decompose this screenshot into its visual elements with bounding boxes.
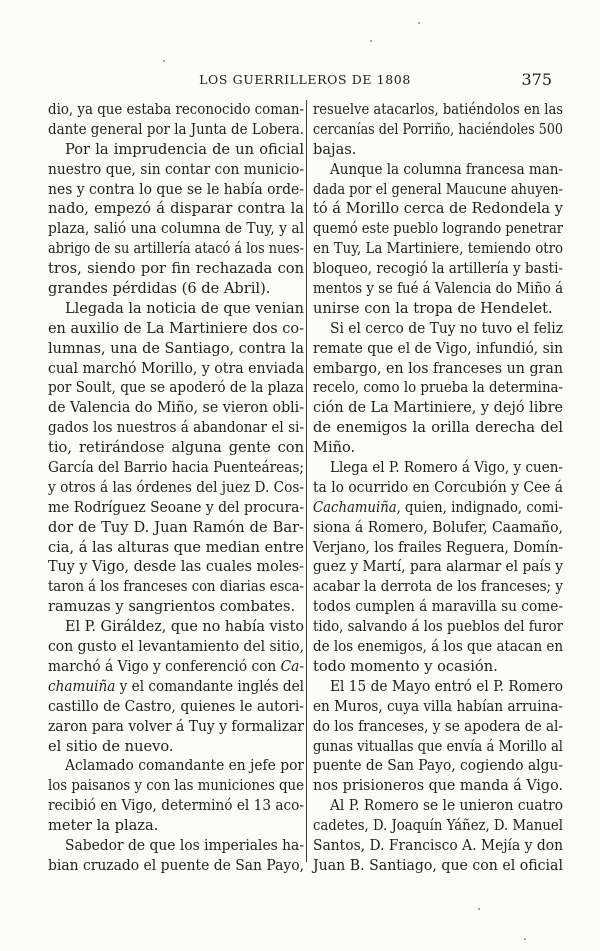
- line-text: remate que el de Vigo, infundió, sin: [313, 340, 563, 357]
- line-text: lumnas, una de Santiago, contra la: [48, 340, 304, 357]
- text-line: Aclamado comandante en jefe por: [48, 756, 304, 776]
- text-line: marchó á Vigo y conferenció con Ca-: [48, 657, 304, 677]
- line-text: y el comandante inglés del: [115, 678, 304, 695]
- text-line: los paisanos y con las municiones que: [48, 776, 304, 796]
- text-line: Verjano, los frailes Reguera, Domín-: [313, 538, 563, 558]
- line-text: en auxilio de La Martiniere dos co-: [48, 320, 304, 337]
- line-text: El 15 de Mayo entró el P. Romero: [330, 678, 563, 695]
- text-line: cia, á las alturas que median entre: [48, 538, 304, 558]
- line-text: unirse con la tropa de Hendelet.: [313, 300, 553, 317]
- line-text: bian cruzado el puente de San Payo,: [48, 857, 304, 874]
- line-text: grandes pérdidas (6 de Abril).: [48, 280, 270, 297]
- text-line: Santos, D. Francisco A. Mejía y don: [313, 836, 563, 856]
- line-text: guez y Martí, para alarmar el país y: [313, 558, 563, 575]
- line-text: ramuzas y sangrientos combates.: [48, 598, 295, 615]
- line-text: mentos y se fué á Valencia do Miño á: [313, 280, 563, 297]
- text-line: dante general por la Junta de Lobera.: [48, 120, 304, 140]
- italic-text: Cachamuiña: [313, 499, 397, 516]
- text-line: Sabedor de que los imperiales ha-: [48, 836, 304, 856]
- text-line: do los franceses, y se apodera de al-: [313, 717, 563, 737]
- line-text: cual marchó Morillo, y otra enviada: [48, 360, 304, 377]
- text-line: de los enemigos, á los que atacan en: [313, 637, 563, 657]
- line-text: gados los nuestros á abandonar el si-: [48, 419, 304, 436]
- line-text: plaza, salió una columna de Tuy, y al: [48, 220, 304, 237]
- page-number: 375: [521, 70, 552, 89]
- text-line: me Rodríguez Seoane y del procura-: [48, 498, 304, 518]
- text-line: por Soult, que se apoderó de la plaza: [48, 378, 304, 398]
- line-text: bajas.: [313, 141, 356, 158]
- text-line: dio, ya que estaba reconocido coman-: [48, 100, 304, 120]
- line-text: gunas vituallas que envía á Morillo al: [313, 738, 563, 755]
- text-line: tó á Morillo cerca de Redondela y: [313, 199, 563, 219]
- line-text: el sitio de nuevo.: [48, 738, 174, 755]
- line-text: Aclamado comandante en jefe por: [65, 757, 304, 774]
- line-text: El P. Giráldez, que no había visto: [65, 618, 304, 635]
- left-column: dio, ya que estaba reconocido coman-dant…: [48, 100, 304, 876]
- text-line: cual marchó Morillo, y otra enviada: [48, 359, 304, 379]
- line-text: siona á Romero, Bolufer, Caamaño,: [313, 519, 563, 536]
- line-text: cia, á las alturas que median entre: [48, 539, 304, 556]
- text-line: ta lo ocurrido en Corcubión y Cee á: [313, 478, 563, 498]
- line-text: taron á los franceses con diarias esca-: [48, 578, 304, 595]
- line-text: Juan B. Santiago, que con el oficial: [313, 857, 563, 874]
- text-line: grandes pérdidas (6 de Abril).: [48, 279, 304, 299]
- line-text: nuestro que, sin contar con municio-: [48, 161, 304, 178]
- text-line: nos prisioneros que manda á Vigo.: [313, 776, 563, 796]
- text-line: Tuy y Vigo, desde las cuales moles-: [48, 557, 304, 577]
- text-line: tio, retirándose alguna gente con: [48, 438, 304, 458]
- text-line: chamuiña y el comandante inglés del: [48, 677, 304, 697]
- line-text: y otros á las órdenes del juez D. Cos-: [48, 479, 304, 496]
- line-text: de enemigos la orilla derecha del: [313, 419, 563, 436]
- line-text: Si el cerco de Tuy no tuvo el feliz: [330, 320, 563, 337]
- text-line: remate que el de Vigo, infundió, sin: [313, 339, 563, 359]
- text-line: el sitio de nuevo.: [48, 737, 304, 757]
- line-text: puente de San Payo, cogiendo algu-: [313, 757, 563, 774]
- line-text: García del Barrio hacia Puenteáreas;: [48, 459, 304, 476]
- line-text: de los enemigos, á los que atacan en: [313, 638, 563, 655]
- text-line: dor de Tuy D. Juan Ramón de Bar-: [48, 518, 304, 538]
- line-text: marchó á Vigo y conferenció con: [48, 658, 281, 675]
- text-line: unirse con la tropa de Hendelet.: [313, 299, 563, 319]
- text-line: en Tuy, La Martiniere, temiendo otro: [313, 239, 563, 259]
- italic-text: chamuiña: [48, 678, 115, 695]
- text-line: Al P. Romero se le unieron cuatro: [313, 796, 563, 816]
- line-text: en Tuy, La Martiniere, temiendo otro: [313, 240, 563, 257]
- text-line: plaza, salió una columna de Tuy, y al: [48, 219, 304, 239]
- text-line: bian cruzado el puente de San Payo,: [48, 856, 304, 876]
- text-line: tido, salvando á los pueblos del furor: [313, 617, 563, 637]
- text-line: Juan B. Santiago, que con el oficial: [313, 856, 563, 876]
- text-line: quemó este pueblo logrando penetrar: [313, 219, 563, 239]
- scan-speck: [524, 938, 526, 940]
- line-text: Miño.: [313, 439, 355, 456]
- text-line: recelo, como lo prueba la determina-: [313, 378, 563, 398]
- line-text: Por la imprudencia de un oficial: [65, 141, 304, 158]
- line-text: por Soult, que se apoderó de la plaza: [48, 379, 304, 396]
- line-text: dor de Tuy D. Juan Ramón de Bar-: [48, 519, 304, 536]
- column-divider: [306, 100, 307, 862]
- text-line: El 15 de Mayo entró el P. Romero: [313, 677, 563, 697]
- line-text: dada por el general Maucune ahuyen-: [313, 181, 563, 198]
- text-line: Cachamuiña, quien, indignado, comi-: [313, 498, 563, 518]
- text-line: García del Barrio hacia Puenteáreas;: [48, 458, 304, 478]
- line-text: quemó este pueblo logrando penetrar: [313, 220, 563, 237]
- line-text: bloqueo, recogió la artillería y basti-: [313, 260, 563, 277]
- text-line: todos cumplen á maravilla su come-: [313, 597, 563, 617]
- text-line: castillo de Castro, quienes le autori-: [48, 697, 304, 717]
- scan-speck: [370, 40, 372, 42]
- text-line: recibió en Vigo, determinó el 13 aco-: [48, 796, 304, 816]
- line-text: zaron para volver á Tuy y formalizar: [48, 718, 304, 735]
- text-line: abrigo de su artillería atacó á los nues…: [48, 239, 304, 259]
- text-line: nes y contra lo que se le había orde-: [48, 180, 304, 200]
- line-text: resuelve atacarlos, batiéndolos en las: [313, 101, 563, 118]
- text-line: siona á Romero, Bolufer, Caamaño,: [313, 518, 563, 538]
- line-text: me Rodríguez Seoane y del procura-: [48, 499, 304, 516]
- line-text: tido, salvando á los pueblos del furor: [313, 618, 563, 635]
- text-line: embargo, en los franceses un gran: [313, 359, 563, 379]
- line-text: tó á Morillo cerca de Redondela y: [313, 200, 563, 217]
- text-line: todo momento y ocasión.: [313, 657, 563, 677]
- line-text: recelo, como lo prueba la determina-: [313, 379, 563, 396]
- line-text: ta lo ocurrido en Corcubión y Cee á: [313, 479, 563, 496]
- text-line: de Valencia do Miño, se vieron obli-: [48, 398, 304, 418]
- text-line: tros, siendo por fin rechazada con: [48, 259, 304, 279]
- text-line: puente de San Payo, cogiendo algu-: [313, 756, 563, 776]
- running-head: LOS GUERRILLEROS DE 1808 375: [48, 72, 562, 92]
- running-title: LOS GUERRILLEROS DE 1808: [48, 72, 562, 87]
- text-line: Llegada la noticia de que venian: [48, 299, 304, 319]
- text-line: cercanías del Porriño, haciéndoles 500: [313, 120, 563, 140]
- text-line: gunas vituallas que envía á Morillo al: [313, 737, 563, 757]
- line-text: castillo de Castro, quienes le autori-: [48, 698, 304, 715]
- text-line: ramuzas y sangrientos combates.: [48, 597, 304, 617]
- line-text: Sabedor de que los imperiales ha-: [65, 837, 304, 854]
- text-line: y otros á las órdenes del juez D. Cos-: [48, 478, 304, 498]
- line-text: tros, siendo por fin rechazada con: [48, 260, 304, 277]
- line-text: cercanías del Porriño, haciéndoles 500: [313, 121, 563, 138]
- line-text: los paisanos y con las municiones que: [48, 777, 304, 794]
- line-text: Aunque la columna francesa man-: [330, 161, 563, 178]
- line-text: nos prisioneros que manda á Vigo.: [313, 777, 563, 794]
- text-line: gados los nuestros á abandonar el si-: [48, 418, 304, 438]
- text-line: nuestro que, sin contar con municio-: [48, 160, 304, 180]
- line-text: de Valencia do Miño, se vieron obli-: [48, 399, 304, 416]
- text-line: en Muros, cuya villa habían arruina-: [313, 697, 563, 717]
- text-line: Llega el P. Romero á Vigo, y cuen-: [313, 458, 563, 478]
- text-line: zaron para volver á Tuy y formalizar: [48, 717, 304, 737]
- line-text: tio, retirándose alguna gente con: [48, 439, 304, 456]
- line-text: nado, empezó á disparar contra la: [48, 200, 304, 217]
- text-line: resuelve atacarlos, batiéndolos en las: [313, 100, 563, 120]
- line-text: cadetes, D. Joaquín Yáñez, D. Manuel: [313, 817, 563, 834]
- text-line: dada por el general Maucune ahuyen-: [313, 180, 563, 200]
- text-line: taron á los franceses con diarias esca-: [48, 577, 304, 597]
- line-text: meter la plaza.: [48, 817, 158, 834]
- line-text: Llega el P. Romero á Vigo, y cuen-: [330, 459, 563, 476]
- line-text: do los franceses, y se apodera de al-: [313, 718, 563, 735]
- text-line: Por la imprudencia de un oficial: [48, 140, 304, 160]
- line-text: Verjano, los frailes Reguera, Domín-: [313, 539, 563, 556]
- text-line: de enemigos la orilla derecha del: [313, 418, 563, 438]
- line-text: , quien, indignado, comi-: [397, 499, 563, 516]
- line-text: en Muros, cuya villa habían arruina-: [313, 698, 563, 715]
- text-line: mentos y se fué á Valencia do Miño á: [313, 279, 563, 299]
- line-text: con gusto el levantamiento del sitio,: [48, 638, 304, 655]
- line-text: todo momento y ocasión.: [313, 658, 498, 675]
- line-text: Tuy y Vigo, desde las cuales moles-: [48, 558, 304, 575]
- line-text: dante general por la Junta de Lobera.: [48, 121, 304, 138]
- text-line: bloqueo, recogió la artillería y basti-: [313, 259, 563, 279]
- scan-speck: [418, 22, 420, 24]
- line-text: Llegada la noticia de que venian: [65, 300, 304, 317]
- line-text: abrigo de su artillería atacó á los nues…: [48, 240, 304, 257]
- line-text: todos cumplen á maravilla su come-: [313, 598, 563, 615]
- scan-speck: [163, 60, 165, 62]
- text-line: con gusto el levantamiento del sitio,: [48, 637, 304, 657]
- text-line: ción de La Martiniere, y dejó libre: [313, 398, 563, 418]
- text-line: Miño.: [313, 438, 563, 458]
- text-line: lumnas, una de Santiago, contra la: [48, 339, 304, 359]
- text-line: cadetes, D. Joaquín Yáñez, D. Manuel: [313, 816, 563, 836]
- text-line: nado, empezó á disparar contra la: [48, 199, 304, 219]
- right-column: resuelve atacarlos, batiéndolos en lasce…: [313, 100, 563, 876]
- text-line: acabar la derrota de los franceses; y: [313, 577, 563, 597]
- line-text: dio, ya que estaba reconocido coman-: [48, 101, 304, 118]
- text-line: Aunque la columna francesa man-: [313, 160, 563, 180]
- scan-speck: [478, 908, 480, 910]
- line-text: nes y contra lo que se le había orde-: [48, 181, 304, 198]
- text-line: meter la plaza.: [48, 816, 304, 836]
- line-text: embargo, en los franceses un gran: [313, 360, 563, 377]
- line-text: Santos, D. Francisco A. Mejía y don: [313, 837, 563, 854]
- line-text: recibió en Vigo, determinó el 13 aco-: [48, 797, 304, 814]
- text-line: El P. Giráldez, que no había visto: [48, 617, 304, 637]
- line-text: ción de La Martiniere, y dejó libre: [313, 399, 563, 416]
- text-line: bajas.: [313, 140, 563, 160]
- text-line: en auxilio de La Martiniere dos co-: [48, 319, 304, 339]
- italic-text: Ca-: [281, 658, 304, 675]
- line-text: Al P. Romero se le unieron cuatro: [330, 797, 563, 814]
- text-line: guez y Martí, para alarmar el país y: [313, 557, 563, 577]
- line-text: acabar la derrota de los franceses; y: [313, 578, 563, 595]
- text-line: Si el cerco de Tuy no tuvo el feliz: [313, 319, 563, 339]
